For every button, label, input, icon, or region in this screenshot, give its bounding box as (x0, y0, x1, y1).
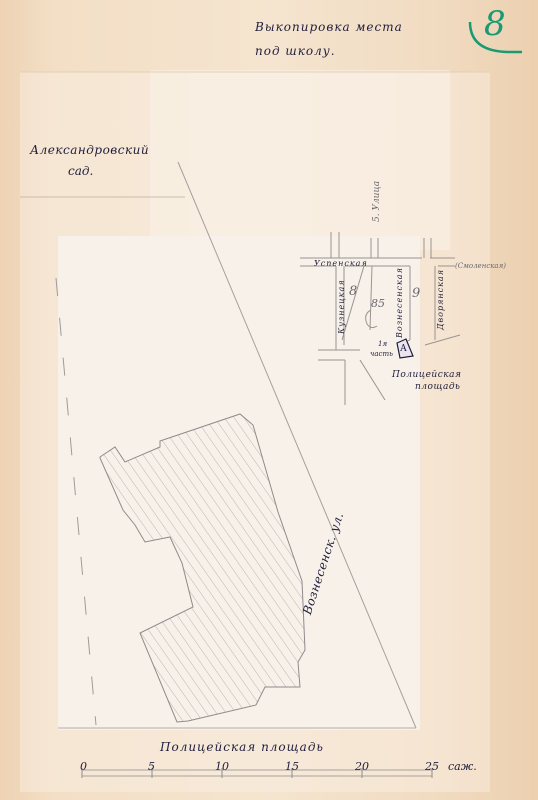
inset-block-85: 85 (371, 297, 385, 310)
inset-square-line2: площадь (415, 382, 460, 392)
inset-curve-line (366, 310, 377, 328)
inset-part-label-1: 1я (378, 340, 387, 348)
inset-street-uspenskaya: Успенская (314, 259, 368, 268)
scale-tick-25: 25 (425, 760, 439, 773)
square-label-bottom: Полицейская площадь (160, 740, 324, 754)
inset-block-8: 8 (349, 284, 357, 299)
header-note-line1: Выкопировка места (255, 20, 403, 34)
scale-tick-0: 0 (80, 760, 87, 773)
page-number: 8 (484, 4, 506, 44)
inset-street-voznesenskaya: Вознесенская (395, 267, 404, 338)
inset-street-smolenskaya: (Смоленская) (455, 262, 506, 270)
inset-square-line1: Полицейская (392, 370, 461, 380)
scale-bar-graphic (82, 768, 432, 778)
inset-street-dvoryanskaya: Дворянская (436, 269, 445, 330)
inset-street-top-vertical: 5. Улица (372, 181, 382, 222)
scale-tick-20: 20 (355, 760, 369, 773)
garden-label-line2: сад. (68, 164, 93, 178)
scale-tick-15: 15 (285, 760, 299, 773)
garden-label-line1: Александровский (30, 143, 149, 157)
scale-unit: саж. (448, 760, 477, 773)
map-drawing (0, 0, 538, 800)
scale-tick-5: 5 (148, 760, 155, 773)
scale-tick-10: 10 (215, 760, 229, 773)
school-site-plot (100, 414, 305, 722)
inset-part-label-2: часть (370, 350, 393, 358)
inset-site-marker-label: А (400, 344, 407, 354)
inset-block-9: 9 (412, 286, 420, 301)
dashed-boundary-line (56, 278, 96, 725)
inset-street-kuznetskaya: Кузнецкая (337, 279, 346, 334)
header-note-line2: под школу. (255, 44, 336, 58)
